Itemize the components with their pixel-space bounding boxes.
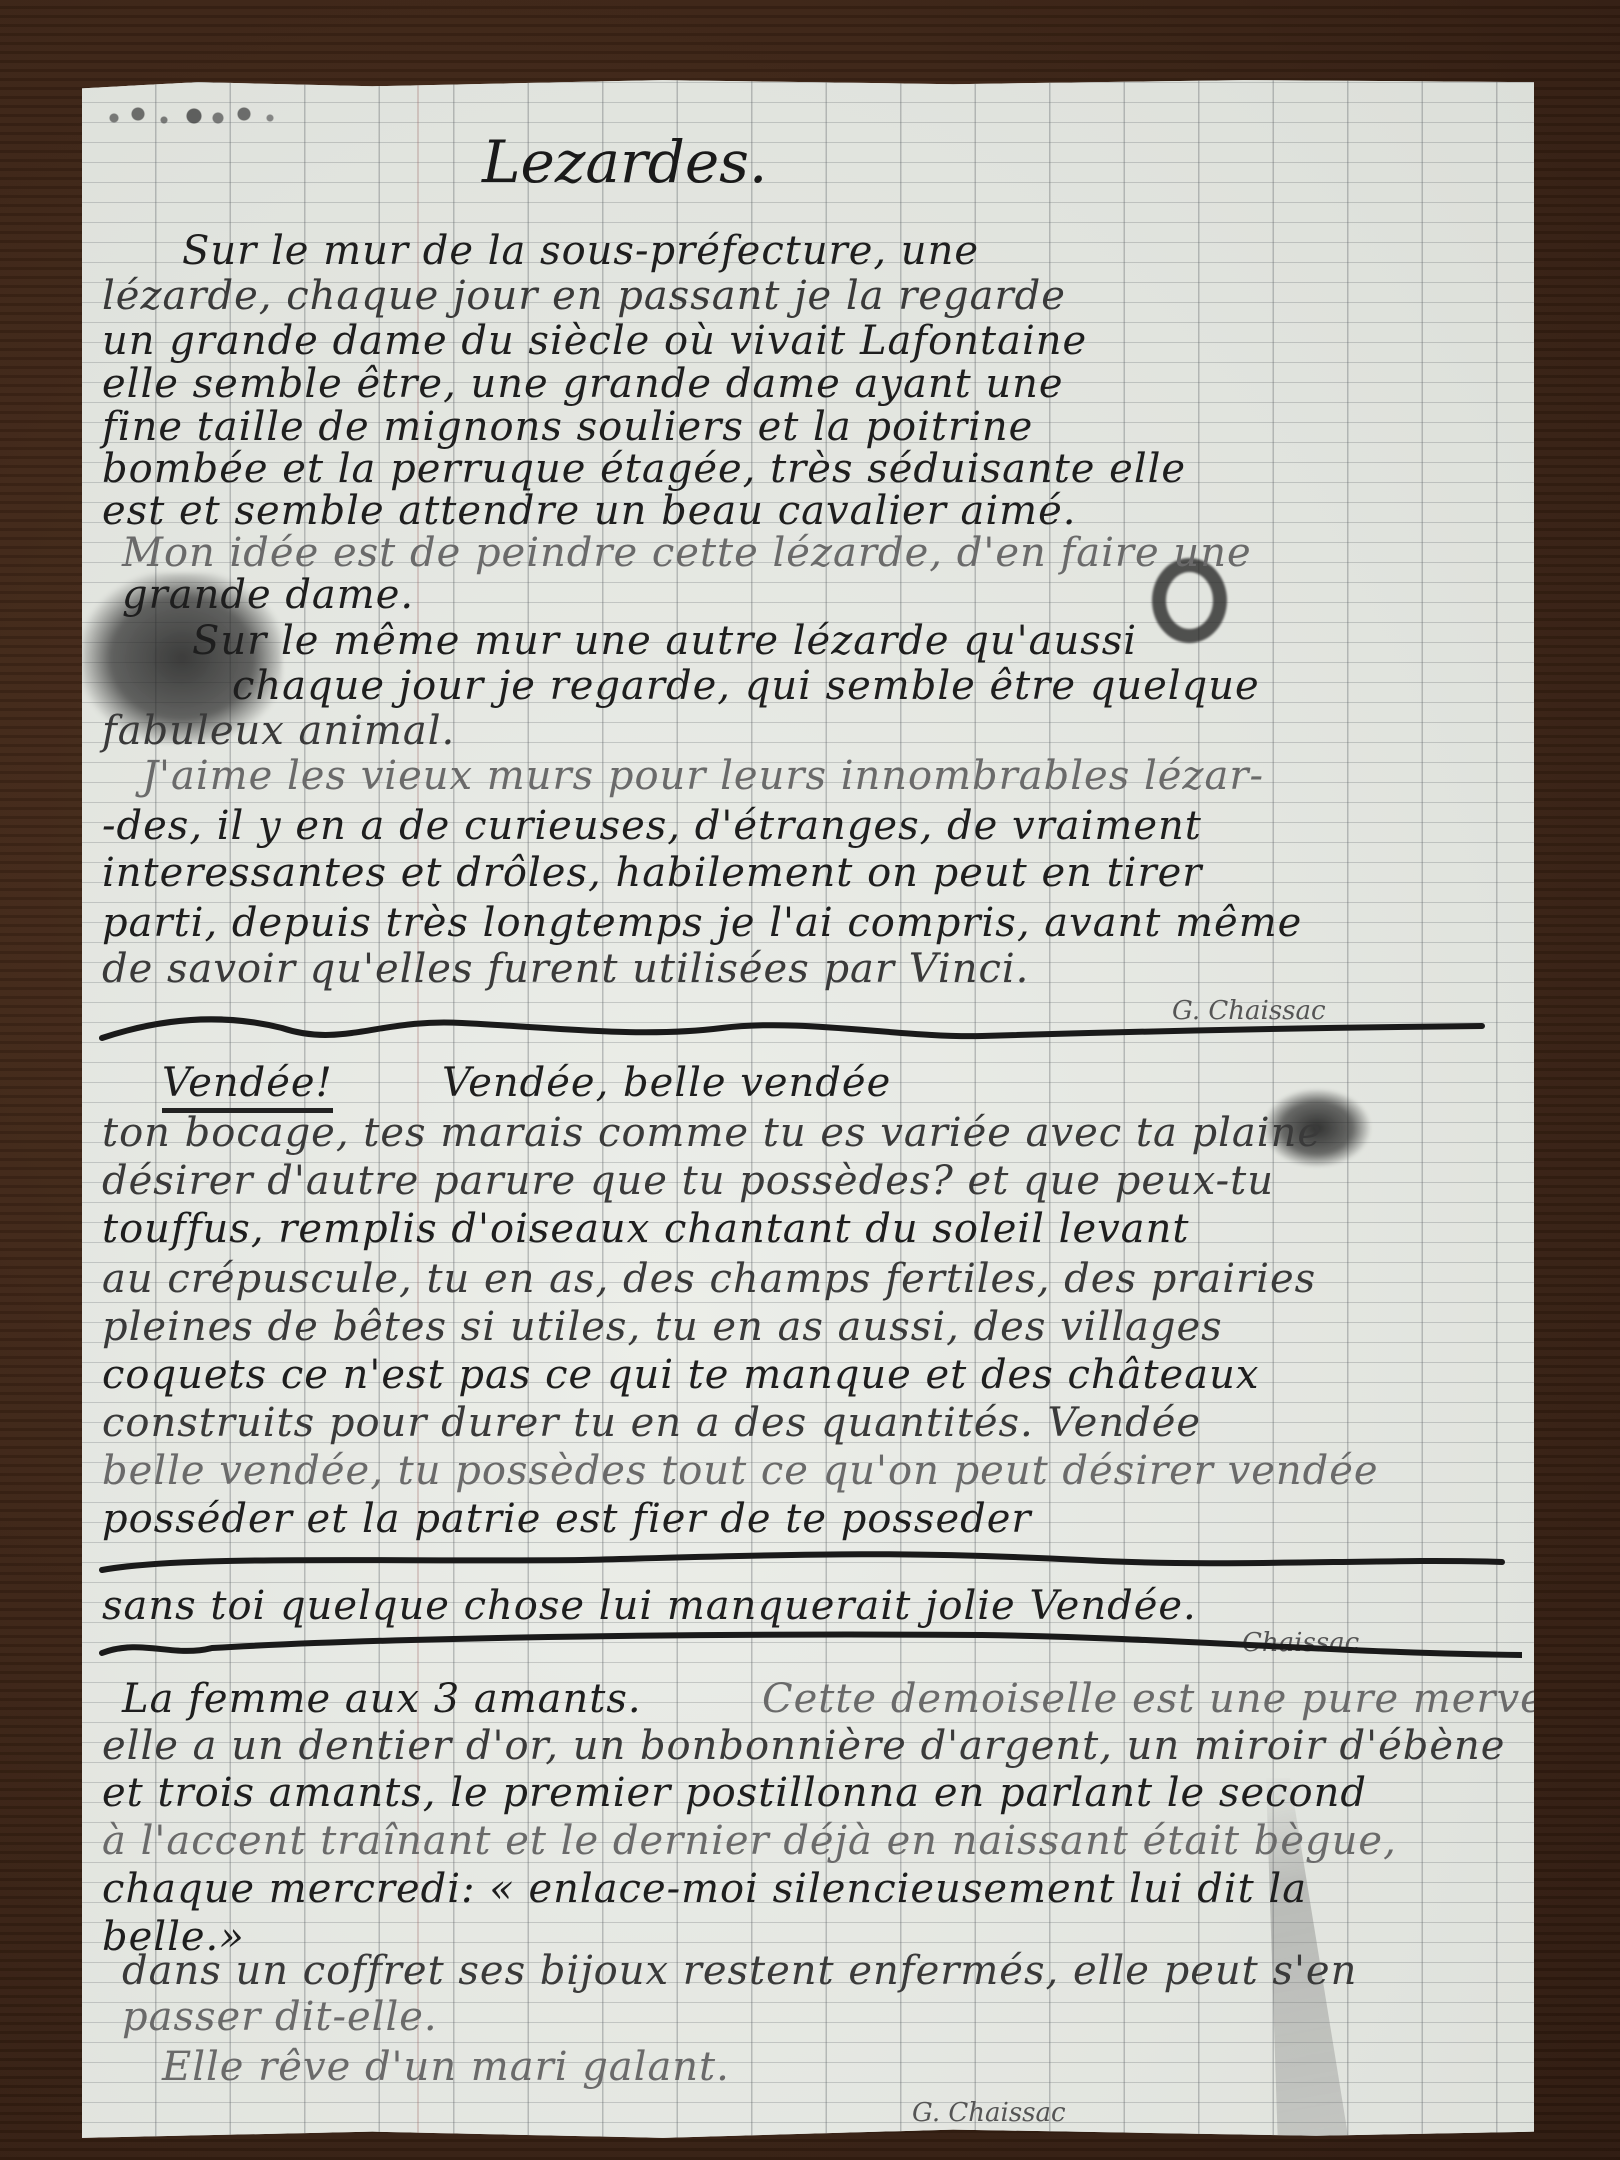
text-line: désirer d'autre parure que tu possèdes? …	[102, 1158, 1274, 1204]
text-line: belle vendée, tu possèdes tout ce qu'on …	[102, 1448, 1379, 1494]
text-line: lézarde, chaque jour en passant je la re…	[102, 273, 1066, 319]
divider-squiggle	[82, 1623, 1522, 1663]
text-line: fine taille de mignons souliers et la po…	[102, 404, 1033, 450]
manuscript-page: Lezardes. Sur le mur de la sous-préfectu…	[82, 78, 1534, 2142]
text-line: est et semble attendre un beau cavalier …	[102, 488, 1077, 534]
text-line: et trois amants, le premier postillonna …	[102, 1770, 1367, 1816]
section-title-femme: La femme aux 3 amants.	[122, 1676, 642, 1722]
text-line: passer dit-elle.	[122, 1994, 438, 2040]
text-line: elle semble être, une grande dame ayant …	[102, 361, 1064, 407]
text-line: Sur le même mur une autre lézarde qu'aus…	[192, 618, 1137, 664]
text-line: Vendée, belle vendée	[442, 1060, 891, 1106]
text-line: coquets ce n'est pas ce qui te manque et…	[102, 1352, 1259, 1398]
text-line: chaque jour je regarde, qui semble être …	[232, 663, 1260, 709]
text-line: Elle rêve d'un mari galant.	[162, 2044, 730, 2090]
text-line: au crépuscule, tu en as, des champs fert…	[102, 1256, 1316, 1302]
text-line: de savoir qu'elles furent utilisées par …	[102, 946, 1029, 992]
text-line: touffus, remplis d'oiseaux chantant du s…	[102, 1206, 1189, 1252]
text-line: grande dame.	[122, 572, 414, 618]
ink-spatter	[94, 98, 294, 138]
section-title-vendee: Vendée!	[162, 1060, 333, 1113]
signature: G. Chaissac	[912, 2098, 1066, 2128]
text-line: posséder et la patrie est fier de te pos…	[102, 1496, 1032, 1542]
text-line: bombée et la perruque étagée, très sédui…	[102, 446, 1186, 492]
text-line: parti, depuis très longtemps je l'ai com…	[102, 900, 1302, 946]
text-line: J'aime les vieux murs pour leurs innombr…	[142, 753, 1264, 799]
text-line: elle a un dentier d'or, un bonbonnière d…	[102, 1723, 1505, 1769]
text-line: ton bocage, tes marais comme tu es varié…	[102, 1110, 1322, 1156]
text-line: un grande dame du siècle où vivait Lafon…	[102, 318, 1087, 364]
text-line: fabuleux animal.	[102, 708, 455, 754]
text-line: dans un coffret ses bijoux restent enfer…	[122, 1948, 1357, 1994]
divider-squiggle	[82, 1540, 1522, 1580]
text-line: -des, il y en a de curieuses, d'étranges…	[102, 803, 1202, 849]
text-line: construits pour durer tu en a des quanti…	[102, 1400, 1201, 1446]
section-title-lezardes: Lezardes.	[482, 128, 767, 196]
text-line: Mon idée est de peindre cette lézarde, d…	[122, 530, 1252, 576]
text-line: à l'accent traînant et le dernier déjà e…	[102, 1818, 1397, 1864]
text-line: interessantes et drôles, habilement on p…	[102, 850, 1202, 896]
text-line: Sur le mur de la sous-préfecture, une	[182, 228, 979, 274]
text-line: chaque mercredi: « enlace-moi silencieus…	[102, 1866, 1307, 1912]
text-line: pleines de bêtes si utiles, tu en as aus…	[102, 1304, 1223, 1350]
divider-squiggle	[82, 1008, 1522, 1048]
text-line: Cette demoiselle est une pure merveille	[762, 1676, 1611, 1722]
